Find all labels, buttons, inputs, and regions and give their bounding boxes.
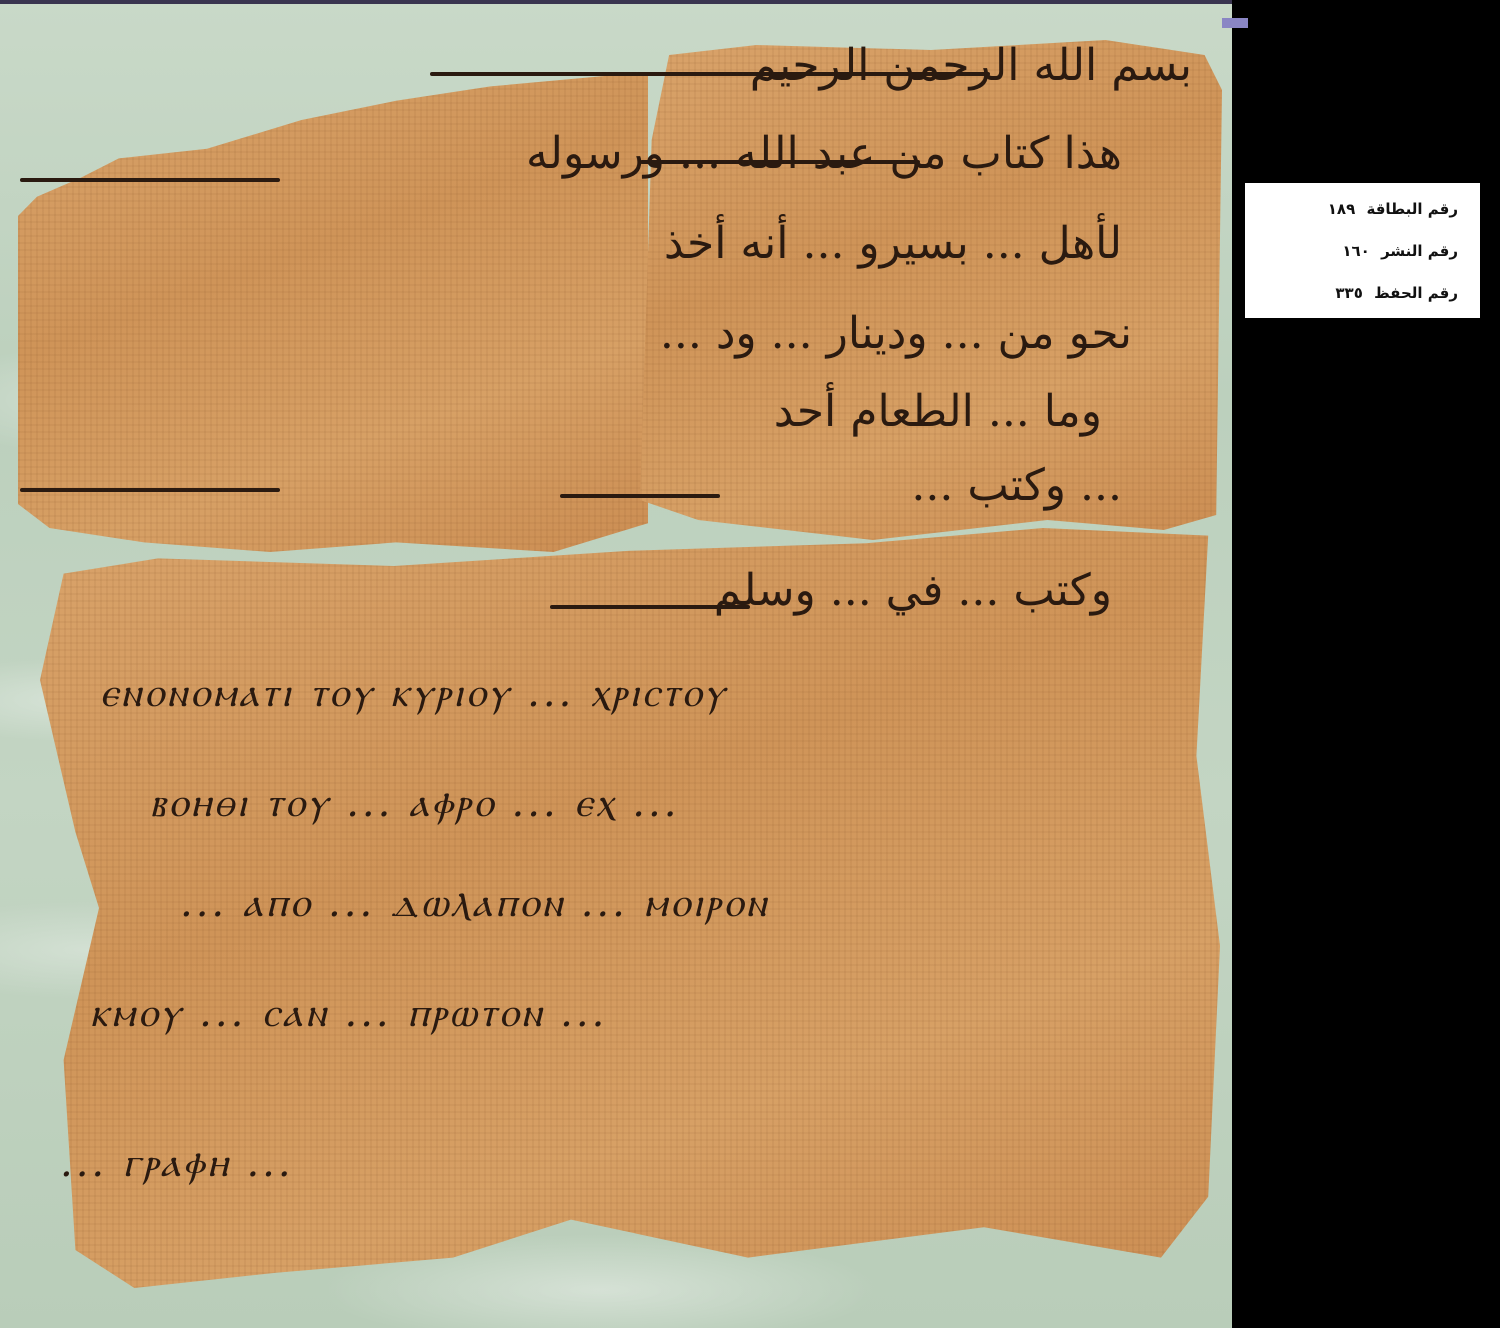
label-key: رقم الحفظ <box>1374 284 1458 302</box>
greek-line-5: ... ⲅⲣⲁⲫⲏ ... <box>60 1140 294 1186</box>
catalog-label-card: رقم البطاقة ١٨٩ رقم النشر ١٦٠ رقم الحفظ … <box>1245 183 1480 318</box>
label-value: ١٨٩ <box>1328 200 1355 218</box>
scan-marker <box>1222 18 1248 28</box>
arabic-line-2: هذا كتاب من عبد الله ... ورسوله <box>526 128 1122 179</box>
arabic-line-5: وما ... الطعام أحد <box>774 386 1102 437</box>
ink-stroke <box>20 178 280 182</box>
greek-line-4: ⲕⲙⲟⲩ ... ⲥⲁⲛ ... ⲡⲣⲱⲧⲟⲛ ... <box>90 990 607 1036</box>
label-publication-number: رقم النشر ١٦٠ <box>1245 235 1458 277</box>
ink-stroke <box>550 605 750 609</box>
greek-line-2: ⲃⲟⲏⲑⲓ ⲧⲟⲩ ... ⲁⲫⲣⲟ ... ⲉⲭ ... <box>150 780 679 826</box>
label-storage-number: رقم الحفظ ٣٣٥ <box>1245 277 1458 319</box>
label-card-number: رقم البطاقة ١٨٩ <box>1245 193 1458 235</box>
greek-line-1: ⲉⲛⲟⲛⲟⲙⲁⲧⲓ ⲧⲟⲩ ⲕⲩⲣⲓⲟⲩ ... ⲭⲣⲓⲥⲧⲟⲩ <box>100 670 727 716</box>
arabic-line-3: لأهل ... بسيرو ... أنه أخذ <box>664 218 1122 269</box>
arabic-line-1: بسم الله الرحمن الرحيم <box>750 40 1192 91</box>
papyrus-photo: بسم الله الرحمن الرحيم هذا كتاب من عبد ا… <box>0 0 1232 1328</box>
scan-top-edge <box>0 0 1232 4</box>
arabic-line-7: وكتب ... في ... وسلم <box>714 565 1112 616</box>
arabic-line-6: ... وكتب ... <box>911 460 1122 511</box>
arabic-line-4: نحو من ... ودينار ... ود ... <box>660 308 1132 359</box>
label-key: رقم النشر <box>1381 242 1458 260</box>
ink-stroke <box>430 72 990 76</box>
label-value: ١٦٠ <box>1342 242 1369 260</box>
label-value: ٣٣٥ <box>1335 284 1362 302</box>
greek-line-3: ... ⲁⲡⲟ ... ⲇⲱⲗⲁⲡⲟⲛ ... ⲙⲟⲓⲣⲟⲛ <box>180 880 769 926</box>
ink-stroke <box>560 494 720 498</box>
ink-stroke <box>640 160 920 164</box>
label-key: رقم البطاقة <box>1366 200 1458 218</box>
ink-stroke <box>20 488 280 492</box>
